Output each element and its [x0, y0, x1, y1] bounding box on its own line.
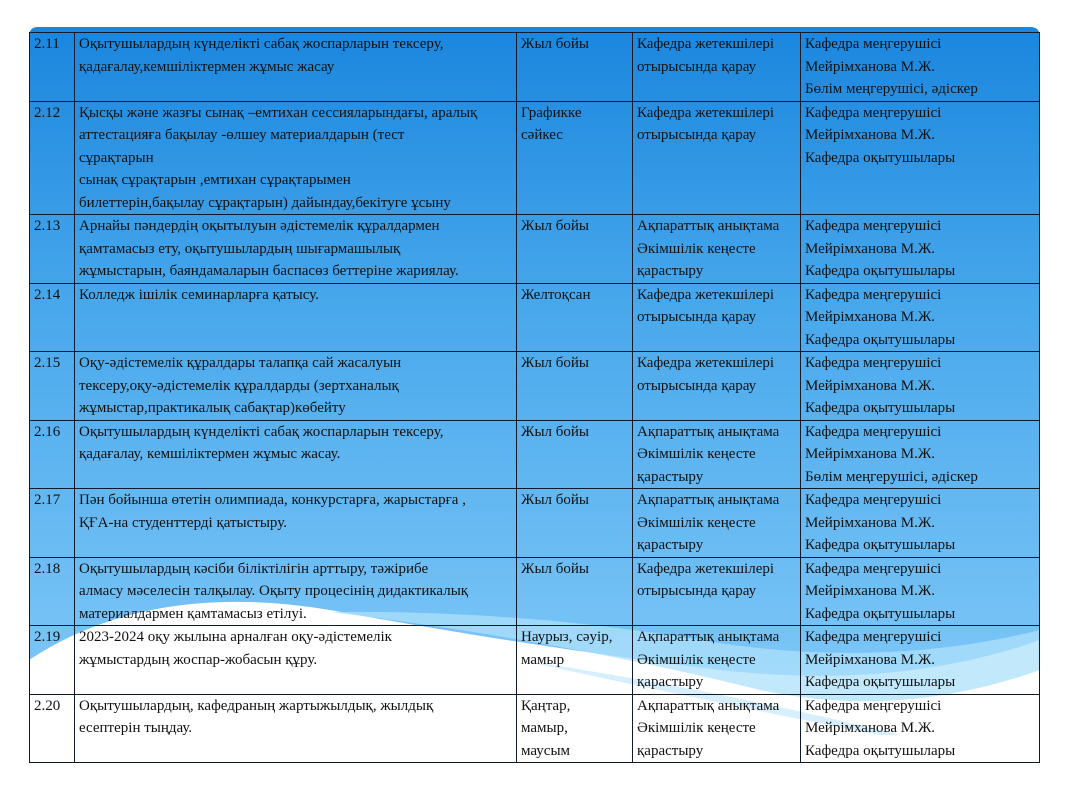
table-row: 2.15 Оқу-әдістемелік құралдары талапқа с… — [30, 352, 1040, 421]
responsible-persons: Кафедра меңгерушісі Мейрімханова М.Ж. Ка… — [801, 626, 1040, 695]
table-row: 2.12 Қысқы және жазғы сынақ –емтихан сес… — [30, 101, 1040, 215]
deadline: Жыл бойы — [517, 420, 633, 489]
table-row: 2.18 Оқытушылардың кәсіби біліктілігін а… — [30, 557, 1040, 626]
task-description: Пән бойынша өтетін олимпиада, конкурстар… — [75, 489, 517, 558]
deadline: Графикке сәйкес — [517, 101, 633, 215]
completion-form: Ақпараттық анықтама Әкімшілік кеңесте қа… — [633, 626, 801, 695]
completion-form: Кафедра жетекшілері отырысында қарау — [633, 283, 801, 352]
completion-form: Ақпараттық анықтама Әкімшілік кеңесте қа… — [633, 489, 801, 558]
deadline: Желтоқсан — [517, 283, 633, 352]
deadline: Жыл бойы — [517, 557, 633, 626]
completion-form: Кафедра жетекшілері отырысында қарау — [633, 33, 801, 102]
deadline: Наурыз, сәуір, мамыр — [517, 626, 633, 695]
work-plan-table: 2.11 Оқытушылардың күнделікті сабақ жосп… — [29, 32, 1040, 763]
task-description: 2023-2024 оқу жылына арналған оқу-әдісте… — [75, 626, 517, 695]
row-number: 2.16 — [30, 420, 75, 489]
deadline: Жыл бойы — [517, 33, 633, 102]
responsible-persons: Кафедра меңгерушісі Мейрімханова М.Ж. Ка… — [801, 694, 1040, 763]
deadline: Қаңтар, мамыр, маусым — [517, 694, 633, 763]
table-row: 2.13 Арнайы пәндердің оқытылуын әдістеме… — [30, 215, 1040, 284]
table-row: 2.11 Оқытушылардың күнделікті сабақ жосп… — [30, 33, 1040, 102]
deadline: Жыл бойы — [517, 215, 633, 284]
completion-form: Ақпараттық анықтама Әкімшілік кеңесте қа… — [633, 215, 801, 284]
responsible-persons: Кафедра меңгерушісі Мейрімханова М.Ж. Ка… — [801, 352, 1040, 421]
table-row: 2.16 Оқытушылардың күнделікті сабақ жосп… — [30, 420, 1040, 489]
responsible-persons: Кафедра меңгерушісі Мейрімханова М.Ж. Ка… — [801, 215, 1040, 284]
task-description: Оқу-әдістемелік құралдары талапқа сай жа… — [75, 352, 517, 421]
task-description: Оқытушылардың күнделікті сабақ жоспарлар… — [75, 33, 517, 102]
row-number: 2.14 — [30, 283, 75, 352]
row-number: 2.15 — [30, 352, 75, 421]
responsible-persons: Кафедра меңгерушісі Мейрімханова М.Ж. Бө… — [801, 33, 1040, 102]
task-description: Қысқы және жазғы сынақ –емтихан сессияла… — [75, 101, 517, 215]
responsible-persons: Кафедра меңгерушісі Мейрімханова М.Ж. Ка… — [801, 101, 1040, 215]
task-description: Оқытушылардың күнделікті сабақ жоспарлар… — [75, 420, 517, 489]
responsible-persons: Кафедра меңгерушісі Мейрімханова М.Ж. Бө… — [801, 420, 1040, 489]
responsible-persons: Кафедра меңгерушісі Мейрімханова М.Ж. Ка… — [801, 283, 1040, 352]
row-number: 2.20 — [30, 694, 75, 763]
task-description: Колледж ішілік семинарларға қатысу. — [75, 283, 517, 352]
completion-form: Ақпараттық анықтама Әкімшілік кеңесте қа… — [633, 694, 801, 763]
table-row: 2.20 Оқытушылардың, кафедраның жартыжылд… — [30, 694, 1040, 763]
table-row: 2.17 Пән бойынша өтетін олимпиада, конку… — [30, 489, 1040, 558]
deadline: Жыл бойы — [517, 352, 633, 421]
row-number: 2.11 — [30, 33, 75, 102]
responsible-persons: Кафедра меңгерушісі Мейрімханова М.Ж. Ка… — [801, 557, 1040, 626]
row-number: 2.19 — [30, 626, 75, 695]
row-number: 2.17 — [30, 489, 75, 558]
row-number: 2.13 — [30, 215, 75, 284]
task-description: Оқытушылардың кәсіби біліктілігін арттыр… — [75, 557, 517, 626]
deadline: Жыл бойы — [517, 489, 633, 558]
completion-form: Кафедра жетекшілері отырысында қарау — [633, 101, 801, 215]
completion-form: Кафедра жетекшілері отырысында қарау — [633, 352, 801, 421]
responsible-persons: Кафедра меңгерушісі Мейрімханова М.Ж. Ка… — [801, 489, 1040, 558]
work-plan-table-container: 2.11 Оқытушылардың күнделікті сабақ жосп… — [29, 32, 1040, 763]
row-number: 2.12 — [30, 101, 75, 215]
task-description: Оқытушылардың, кафедраның жартыжылдық, ж… — [75, 694, 517, 763]
task-description: Арнайы пәндердің оқытылуын әдістемелік қ… — [75, 215, 517, 284]
row-number: 2.18 — [30, 557, 75, 626]
completion-form: Ақпараттық анықтама Әкімшілік кеңесте қа… — [633, 420, 801, 489]
table-row: 2.19 2023-2024 оқу жылына арналған оқу-ә… — [30, 626, 1040, 695]
completion-form: Кафедра жетекшілері отырысында қарау — [633, 557, 801, 626]
table-row: 2.14 Колледж ішілік семинарларға қатысу.… — [30, 283, 1040, 352]
